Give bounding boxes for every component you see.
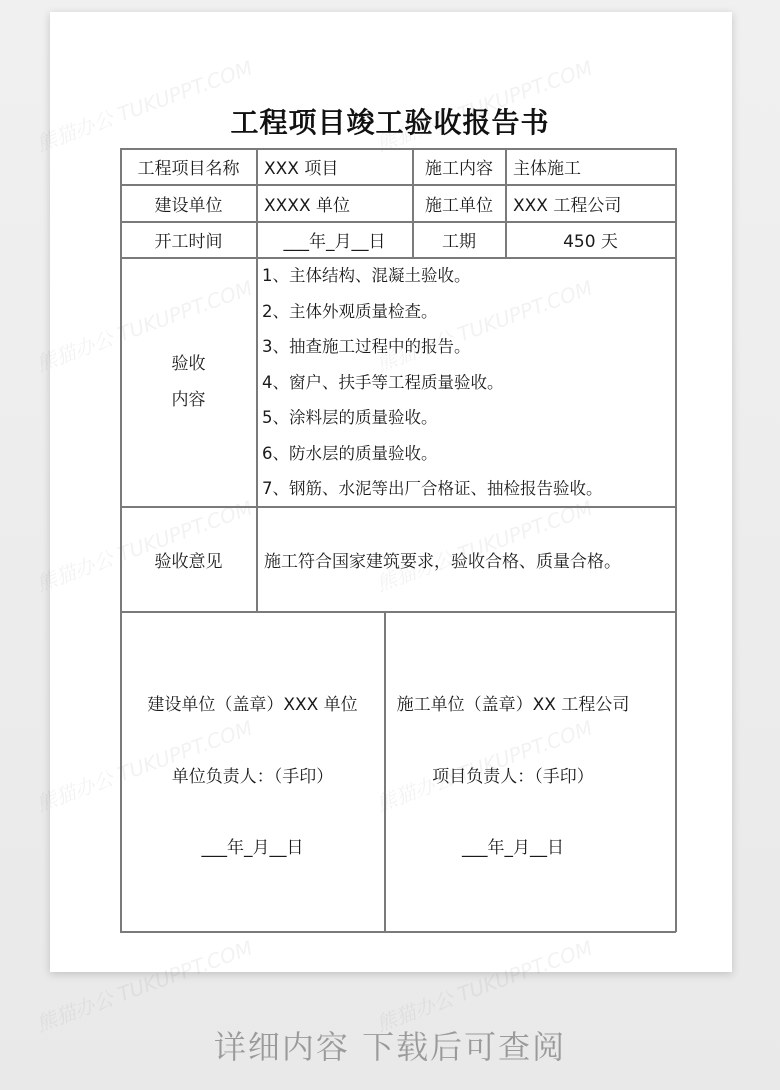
- acceptance-items-list: 1、主体结构、混凝土验收。 2、主体外观质量检查。 3、抽查施工过程中的报告。 …: [262, 258, 603, 507]
- value-construction-content: 主体施工: [506, 149, 675, 184]
- contractor-person-line: 项目负责人：（手印）: [385, 762, 641, 787]
- list-item: 4、窗户、扶手等工程质量验收。: [262, 365, 603, 401]
- label-acceptance-opinion: 验收意见: [121, 507, 256, 611]
- label-acceptance-line1: 验收: [172, 346, 206, 382]
- value-acceptance-opinion: 施工符合国家建筑要求，验收合格、质量合格。: [257, 507, 675, 611]
- list-item: 2、主体外观质量检查。: [262, 294, 603, 330]
- label-construction-content: 施工内容: [413, 149, 505, 184]
- download-hint: 详细内容 下载后可查阅: [0, 1022, 780, 1068]
- list-item: 1、主体结构、混凝土验收。: [262, 258, 603, 294]
- value-developer: XXXX 单位: [257, 185, 412, 221]
- table-border: [120, 931, 676, 933]
- label-start-date: 开工时间: [121, 222, 256, 257]
- document-title: 工程项目竣工验收报告书: [0, 103, 780, 143]
- value-contractor: XXX 工程公司: [506, 185, 675, 221]
- list-item: 7、钢筋、水泥等出厂合格证、抽检报告验收。: [262, 471, 603, 507]
- list-item: 6、防水层的质量验收。: [262, 436, 603, 472]
- table-border: [675, 148, 677, 932]
- value-project-name: XXX 项目: [257, 149, 412, 184]
- list-item: 3、抽查施工过程中的报告。: [262, 329, 603, 365]
- label-project-name: 工程项目名称: [121, 149, 256, 184]
- label-duration: 工期: [413, 222, 505, 257]
- label-acceptance-line2: 内容: [172, 382, 206, 418]
- label-acceptance-content: 验收 内容: [121, 258, 256, 506]
- developer-person-line: 单位负责人：（手印）: [121, 762, 384, 787]
- list-item: 5、涂料层的质量验收。: [262, 400, 603, 436]
- contractor-seal-line: 施工单位（盖章）XX 工程公司: [385, 690, 641, 715]
- contractor-date-line: ___年_月__日: [385, 833, 641, 858]
- label-contractor: 施工单位: [413, 185, 505, 221]
- value-start-date: ___年_月__日: [257, 222, 412, 257]
- table-border: [120, 611, 676, 613]
- developer-date-line: ___年_月__日: [121, 833, 384, 858]
- value-duration: 450 天: [506, 222, 675, 257]
- developer-seal-line: 建设单位（盖章）XXX 单位: [121, 690, 384, 715]
- label-developer: 建设单位: [121, 185, 256, 221]
